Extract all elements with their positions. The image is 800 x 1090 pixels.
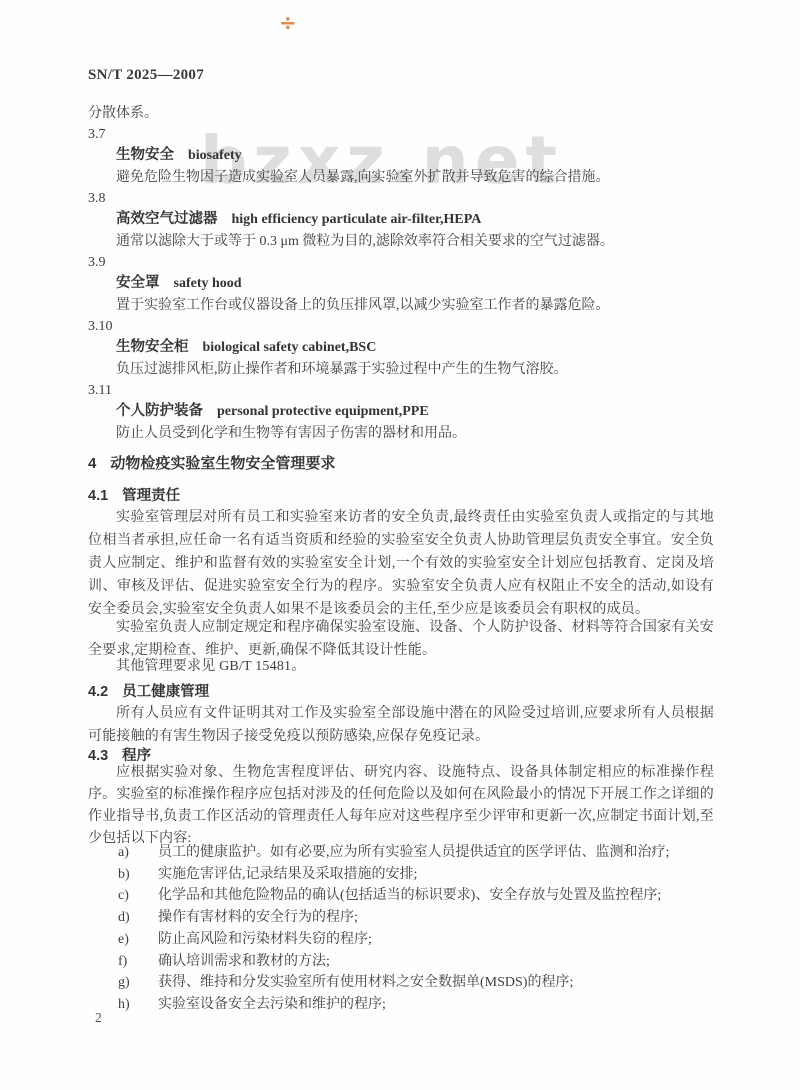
paragraph: 实验室管理层对所有员工和实验室来访者的安全负责,最终责任由实验室负责人或指定的与…	[88, 506, 714, 621]
list-item: f)确认培训需求和教材的方法;	[88, 951, 714, 973]
list-item: e)防止高风险和污染材料失窃的程序;	[88, 929, 714, 951]
list-item-label: f)	[88, 951, 158, 973]
list-item: a)员工的健康监护。如有必要,应为所有实验室人员提供适宜的医学评估、监测和治疗;	[88, 842, 714, 864]
term-english: safety hood	[174, 276, 242, 291]
list-item-text: 确认培训需求和教材的方法;	[158, 951, 714, 973]
term-entry: 3.10 生物安全柜biological safety cabinet,BSC …	[88, 316, 714, 380]
term-entry: 3.8 高效空气过滤器high efficiency particulate a…	[88, 188, 714, 252]
list-item-label: d)	[88, 907, 158, 929]
term-entry: 3.9 安全罩safety hood 置于实验室工作台或仪器设备上的负压排风罩,…	[88, 252, 714, 316]
terminology-section: 3.7 生物安全biosafety 避免危险生物因子造成实验室人员暴露,向实验室…	[88, 124, 714, 444]
standard-number-header: SN/T 2025—2007	[88, 67, 714, 84]
clause-number: 4.1	[88, 488, 108, 504]
list-item: h)实验室设备安全去污染和维护的程序;	[88, 994, 714, 1016]
clause-title: 员工健康管理	[122, 684, 209, 700]
term-chinese: 个人防护装备	[116, 403, 203, 419]
carryover-text: 分散体系。	[88, 104, 714, 124]
term-title: 生物安全biosafety	[88, 145, 714, 166]
term-english: biosafety	[188, 148, 242, 163]
list-item-text: 获得、维持和分发实验室所有使用材料之安全数据单(MSDS)的程序;	[158, 972, 714, 994]
term-title: 生物安全柜biological safety cabinet,BSC	[88, 337, 714, 358]
list-item: c)化学品和其他危险物品的确认(包括适当的标识要求)、安全存放与处置及监控程序;	[88, 885, 714, 907]
term-english: personal protective equipment,PPE	[217, 404, 429, 419]
clause-title: 动物检疫实验室生物安全管理要求	[110, 455, 335, 472]
paragraph: 所有人员应有文件证明其对工作及实验室全部设施中潜在的风险受过培训,应要求所有人员…	[88, 702, 714, 748]
list-item-label: c)	[88, 885, 158, 907]
clause-4-2-heading: 4.2员工健康管理	[88, 680, 714, 704]
term-chinese: 生物安全柜	[116, 339, 189, 355]
term-title: 安全罩safety hood	[88, 273, 714, 294]
term-definition: 防止人员受到化学和生物等有害因子伤害的器材和用品。	[88, 423, 714, 444]
term-english: biological safety cabinet,BSC	[203, 340, 377, 355]
paragraph: 其他管理要求见 GB/T 15481。	[88, 655, 714, 678]
term-title: 高效空气过滤器high efficiency particulate air-f…	[88, 209, 714, 230]
list-item-text: 实验室设备安全去污染和维护的程序;	[158, 994, 714, 1016]
list-item-text: 防止高风险和污染材料失窃的程序;	[158, 929, 714, 951]
term-chinese: 高效空气过滤器	[116, 211, 218, 227]
term-definition: 负压过滤排风柜,防止操作者和环境暴露于实验过程中产生的生物气溶胶。	[88, 359, 714, 380]
clause-number: 3.8	[88, 188, 714, 209]
list-item-label: a)	[88, 842, 158, 864]
divider-mark-icon: ÷	[279, 13, 297, 34]
term-definition: 通常以滤除大于或等于 0.3 μm 微粒为目的,滤除效率符合相关要求的空气过滤器…	[88, 231, 714, 252]
clause-4-heading: 4动物检疫实验室生物安全管理要求	[88, 452, 714, 476]
list-item: d)操作有害材料的安全行为的程序;	[88, 907, 714, 929]
term-chinese: 生物安全	[116, 147, 174, 163]
list-item-label: b)	[88, 864, 158, 886]
list-item: b)实施危害评估,记录结果及采取措施的安排;	[88, 864, 714, 886]
term-title: 个人防护装备personal protective equipment,PPE	[88, 401, 714, 422]
document-page: bzxz.net ÷ SN/T 2025—2007 分散体系。 3.7 生物安全…	[0, 0, 800, 1090]
list-item-label: g)	[88, 972, 158, 994]
term-definition: 置于实验室工作台或仪器设备上的负压排风罩,以减少实验室工作者的暴露危险。	[88, 295, 714, 316]
clause-number: 4	[88, 455, 96, 472]
list-item-text: 化学品和其他危险物品的确认(包括适当的标识要求)、安全存放与处置及监控程序;	[158, 885, 714, 907]
clause-4-1-heading: 4.1管理责任	[88, 484, 714, 508]
clause-title: 管理责任	[122, 488, 180, 504]
list-item-label: e)	[88, 929, 158, 951]
paragraph: 应根据实验对象、生物危害程度评估、研究内容、设施特点、设备具体制定相应的标准操作…	[88, 762, 714, 850]
term-english: high efficiency particulate air-filter,H…	[232, 212, 482, 227]
term-definition: 避免危险生物因子造成实验室人员暴露,向实验室外扩散并导致危害的综合措施。	[88, 167, 714, 188]
term-entry: 3.11 个人防护装备personal protective equipment…	[88, 380, 714, 444]
procedure-list: a)员工的健康监护。如有必要,应为所有实验室人员提供适宜的医学评估、监测和治疗;…	[88, 842, 714, 1016]
clause-number: 3.7	[88, 124, 714, 145]
list-item: g)获得、维持和分发实验室所有使用材料之安全数据单(MSDS)的程序;	[88, 972, 714, 994]
clause-number: 3.9	[88, 252, 714, 273]
clause-number: 3.11	[88, 380, 714, 401]
term-chinese: 安全罩	[116, 275, 160, 291]
term-entry: 3.7 生物安全biosafety 避免危险生物因子造成实验室人员暴露,向实验室…	[88, 124, 714, 188]
list-item-text: 员工的健康监护。如有必要,应为所有实验室人员提供适宜的医学评估、监测和治疗;	[158, 842, 714, 864]
list-item-text: 实施危害评估,记录结果及采取措施的安排;	[158, 864, 714, 886]
clause-number: 4.2	[88, 684, 108, 700]
list-item-text: 操作有害材料的安全行为的程序;	[158, 907, 714, 929]
clause-number: 3.10	[88, 316, 714, 337]
page-number: 2	[95, 1010, 135, 1026]
